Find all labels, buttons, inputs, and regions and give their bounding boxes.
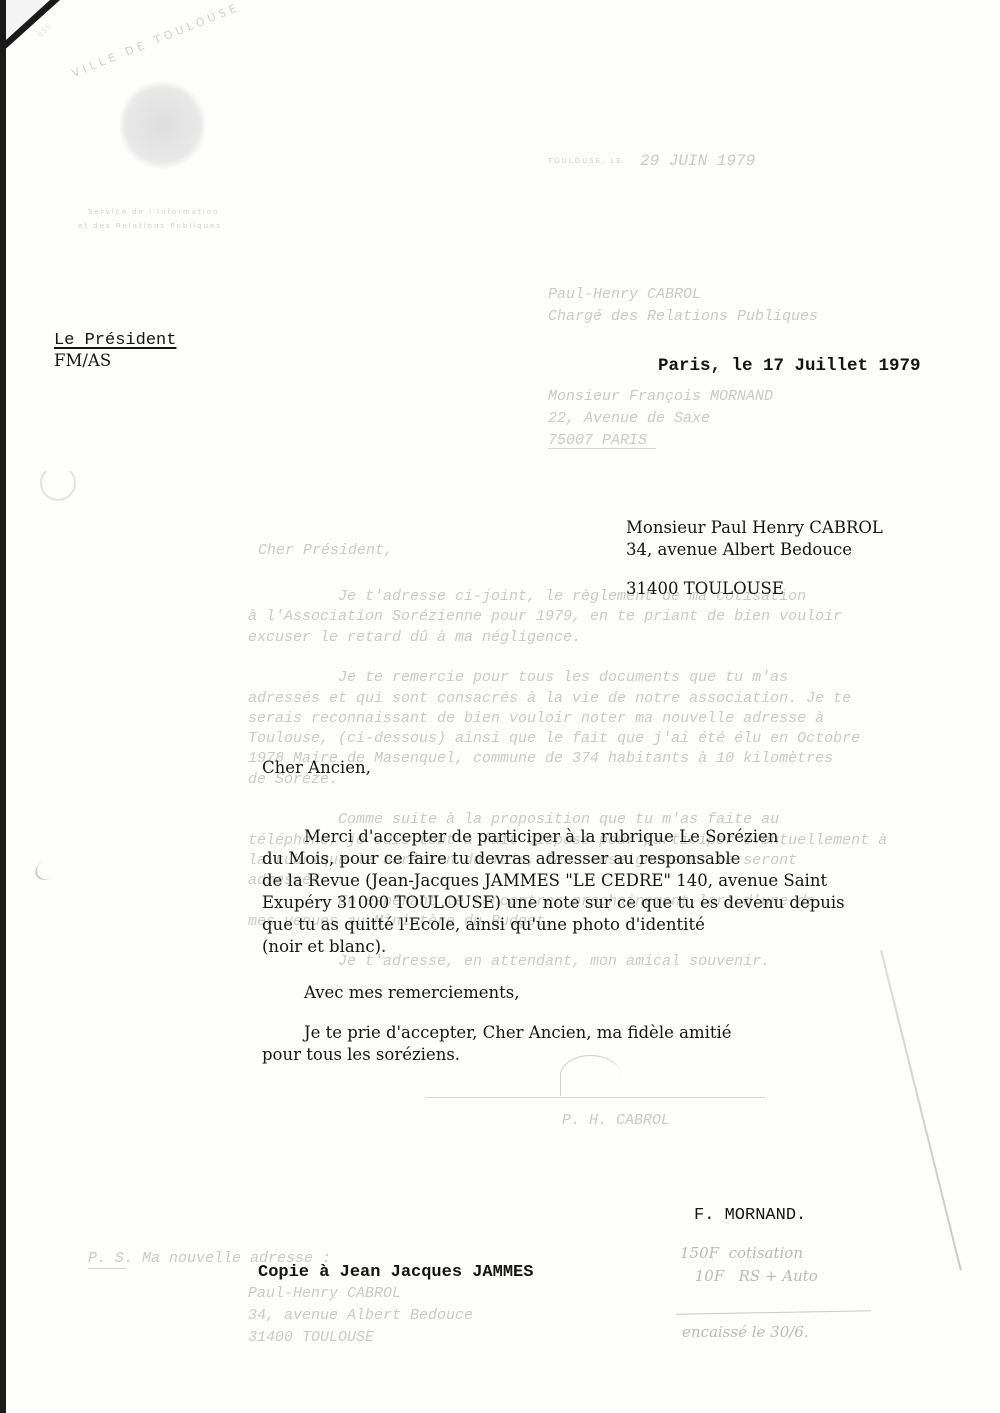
closing-line-1: Je te prie d'accepter, Cher Ancien, ma f… [262,1022,732,1044]
letter-body-line: Exupéry 31000 TOULOUSE) une note sur ce … [262,892,845,914]
letter-body-line: du Mois, pour ce faire tu devras adresse… [262,848,740,870]
ghost-place-prefix: TOULOUSE, LE [548,157,623,165]
letterhead-department-2: et des Relations Publiques [78,222,222,230]
handwritten-footer: encaissé le 30/6. [682,1322,809,1342]
ghost-recipient-2: 22, Avenue de Saxe [548,408,710,430]
recipient-name: Monsieur Paul Henry CABROL [626,517,883,539]
ghost-ps-line-2: 34, avenue Albert Bedouce [248,1305,473,1327]
ghost-ps-underline [88,1268,126,1269]
sender-title: Le Président [54,330,176,352]
ghost-signature-line [425,1097,765,1098]
letterhead-department-1: Service de l'Information [88,208,219,216]
handwritten-note-1: 150F cotisation [680,1243,803,1263]
ghost-signature-scribble [560,1055,621,1096]
ghost-underline [548,448,656,449]
letter-page: ESE VILLE DE TOULOUSE Service de l'Infor… [0,0,1000,1413]
ghost-ps-line-1: Paul-Henry CABROL [248,1283,401,1305]
ghost-sender-name: Paul-Henry CABROL [548,284,701,306]
scan-edge [0,0,6,1413]
letter-body-line: Merci d'accepter de participer à la rubr… [262,826,778,848]
signature: F. MORNAND. [694,1205,806,1227]
ghost-salutation: Cher Président, [258,540,393,562]
ghost-body-line: adressés et qui sont consacrés à la vie … [248,688,851,710]
ghost-date-stamp: 29 JUIN 1979 [640,150,755,172]
reference: FM/AS [54,350,111,372]
ghost-recipient-1: Monsieur François MORNAND [548,386,773,408]
letter-body-line: de la Revue (Jean-Jacques JAMMES "LE CED… [262,870,827,892]
handwritten-note-2: 10F RS + Auto [690,1266,818,1286]
ghost-body-line: à l'Association Sorézienne pour 1979, en… [248,606,842,628]
copy-to: Copie à Jean Jacques JAMMES [258,1262,533,1284]
place-date: Paris, le 17 Juillet 1979 [658,355,921,377]
pencil-mark [31,851,69,884]
letter-body-line: que tu as quitté l'Ecole, ainsi qu'une p… [262,914,705,936]
recipient-city: 31400 TOULOUSE [626,578,784,600]
ghost-body-line: Je te remercie pour tous les documents q… [248,667,788,689]
ghost-body-line: serais reconnaissant de bien vouloir not… [248,708,824,730]
handwritten-rule [676,1310,871,1314]
letter-body-line: (noir et blanc). [262,936,386,958]
ghost-signature: P. H. CABROL [562,1110,670,1132]
recipient-street: 34, avenue Albert Bedouce [626,539,852,561]
letterhead-organization: VILLE DE TOULOUSE [70,0,242,80]
fold-line [880,950,962,1271]
ghost-body-line: excuser le retard dû à ma négligence. [248,627,581,649]
corner-logo: ESE [0,0,60,54]
thanks-line: Avec mes remerciements, [262,982,520,1004]
city-crest-icon [120,80,205,170]
ghost-ps-line-3: 31400 TOULOUSE [248,1327,374,1349]
salutation: Cher Ancien, [262,757,371,779]
ghost-sender-title: Chargé des Relations Publiques [548,306,818,328]
punch-hole [40,465,76,501]
closing-line-2: pour tous les soréziens. [262,1044,460,1066]
ghost-body-line: Toulouse, (ci-dessous) ainsi que le fait… [248,728,860,750]
